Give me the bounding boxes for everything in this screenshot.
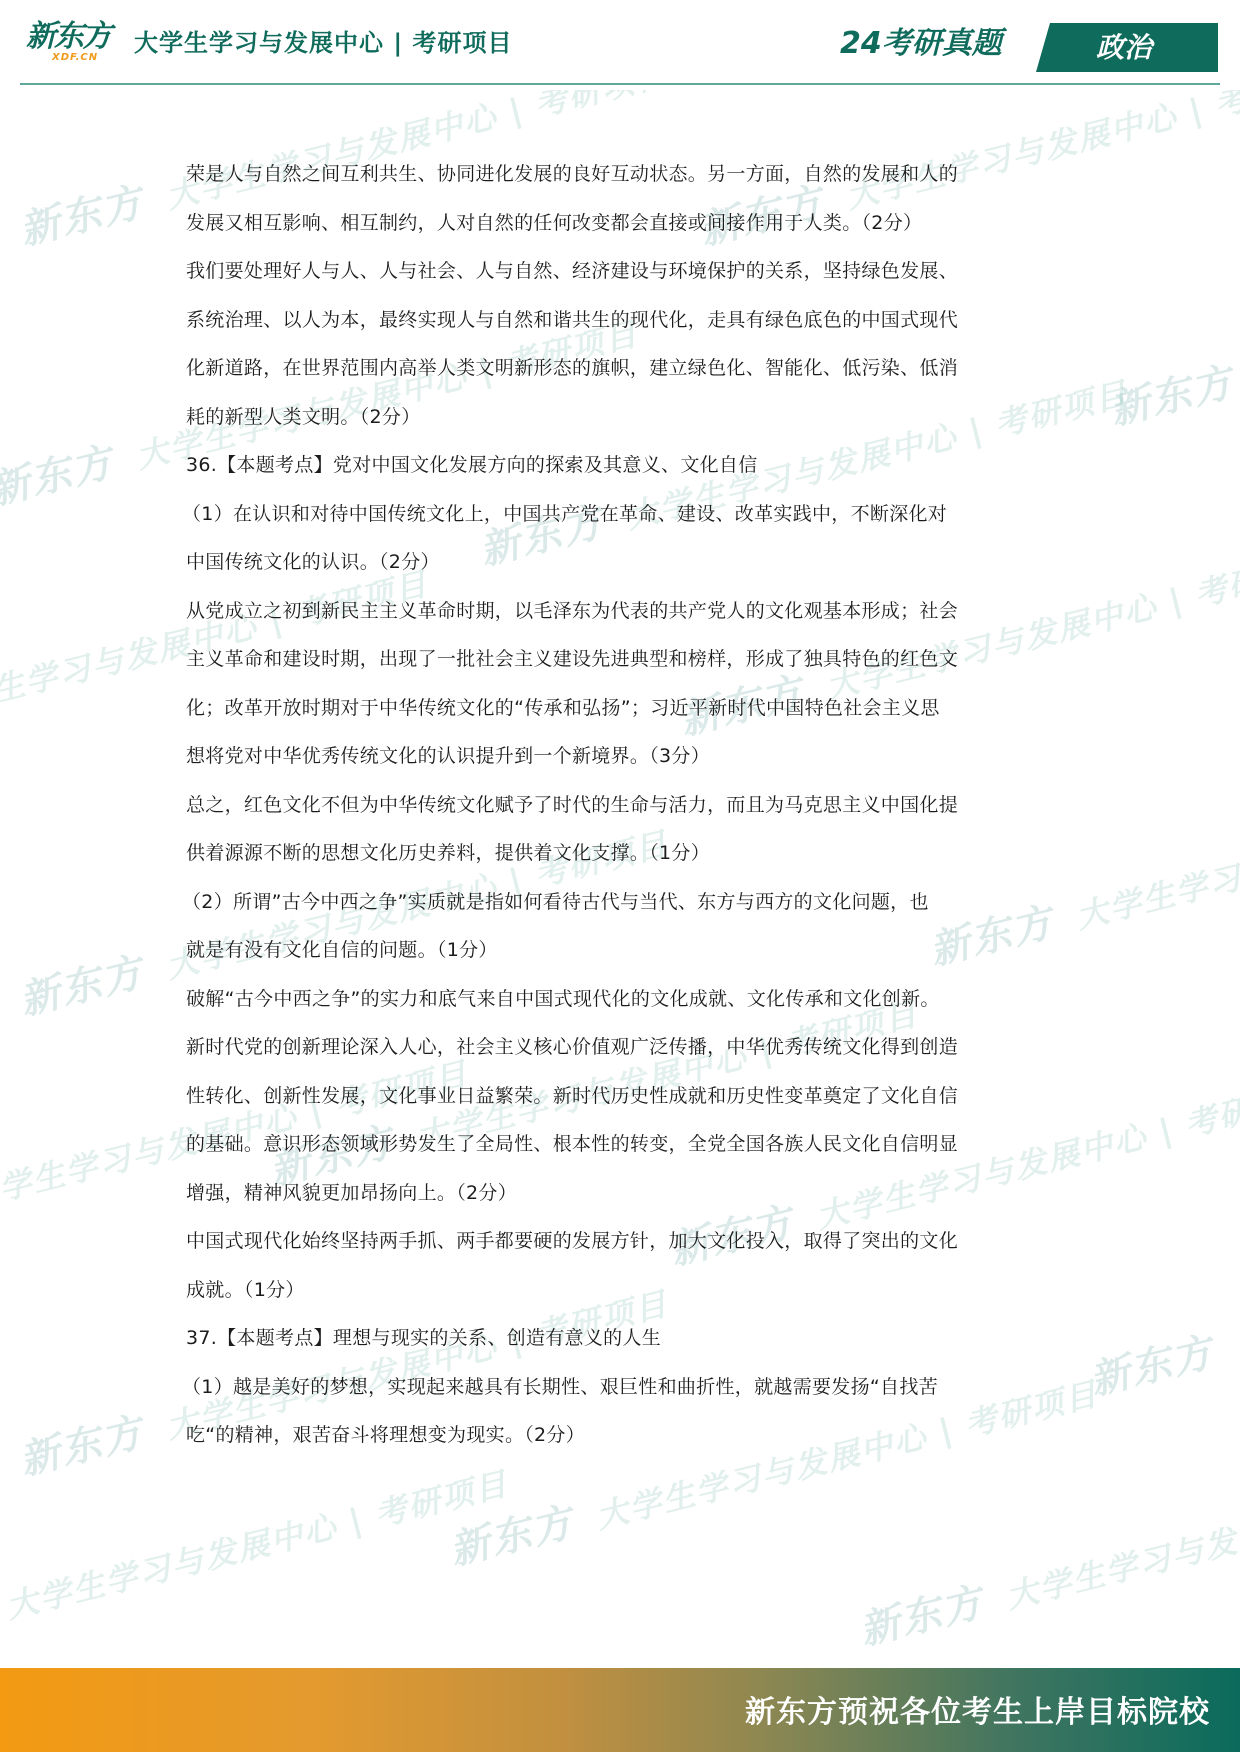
- text-line: 破解“古今中西之争”的实力和底气来自中国式现代化的文化成就、文化传承和文化创新。: [186, 975, 1056, 1024]
- text-line: （1）越是美好的梦想，实现起来越具有长期性、艰巨性和曲折性，就越需要发扬“自找苦: [182, 1363, 1056, 1412]
- text-line: 中国式现代化始终坚持两手抓、两手都要硬的发展方针，加大文化投入，取得了突出的文化: [186, 1217, 1056, 1266]
- page-header: 新东方 XDF.CN 大学生学习与发展中心 | 考研项目 24考研真题 政治: [0, 0, 1240, 82]
- text-line: 我们要处理好人与人、人与社会、人与自然、经济建设与环境保护的关系，坚持绿色发展、: [186, 247, 1056, 296]
- watermark: 新东方大学生学习与发展中心 | 考研项目: [853, 1440, 1240, 1656]
- text-line: 增强，精神风貌更加昂扬向上。（2分）: [186, 1169, 1056, 1218]
- org-title: 大学生学习与发展中心 | 考研项目: [134, 27, 512, 59]
- text-line: （2）所谓”古今中西之争”实质就是指如何看待古代与当代、东方与西方的文化问题，也: [182, 878, 1056, 927]
- text-line: 的基础。意识形态领域形势发生了全局性、根本性的转变，全党全国各族人民文化自信明显: [186, 1120, 1056, 1169]
- text-line: 想将党对中华优秀传统文化的认识提升到一个新境界。（3分）: [186, 732, 1056, 781]
- header-divider: [20, 83, 1220, 85]
- question-heading-36: 36.【本题考点】党对中国文化发展方向的探索及其意义、文化自信: [186, 441, 1056, 490]
- text-line: 中国传统文化的认识。（2分）: [186, 538, 1056, 587]
- logo-subtext: XDF.CN: [52, 52, 98, 64]
- question-heading-37: 37.【本题考点】理想与现实的关系、创造有意义的人生: [186, 1314, 1056, 1363]
- text-line: 发展又相互影响、相互制约，人对自然的任何改变都会直接或间接作用于人类。（2分）: [186, 199, 1056, 248]
- text-line: 系统治理、以人为本，最终实现人与自然和谐共生的现代化，走具有绿色底色的中国式现代: [186, 296, 1056, 345]
- text-line: 耗的新型人类文明。（2分）: [186, 393, 1056, 442]
- text-line: 性转化、创新性发展，文化事业日益繁荣。新时代历史性成就和历史性变革奠定了文化自信: [186, 1072, 1056, 1121]
- logo-text: 新东方: [26, 20, 110, 54]
- text-line: 化；改革开放时期对于中华传统文化的“传承和弘扬”；习近平新时代中国特色社会主义思: [186, 684, 1056, 733]
- text-line: 成就。（1分）: [186, 1266, 1056, 1315]
- text-line: 从党成立之初到新民主主义革命时期，以毛泽东为代表的共产党人的文化观基本形成；社会: [186, 587, 1056, 636]
- text-line: 主义革命和建设时期，出现了一批社会主义建设先进典型和榜样，形成了独具特色的红色文: [186, 635, 1056, 684]
- exam-title: 24考研真题: [840, 25, 1002, 63]
- text-line: 总之，红色文化不但为中华传统文化赋予了时代的生命与活力，而且为马克思主义中国化提: [186, 781, 1056, 830]
- text-line: 就是有没有文化自信的问题。（1分）: [186, 926, 1056, 975]
- text-line: 新时代党的创新理论深入人心，社会主义核心价值观广泛传播，中华优秀传统文化得到创造: [186, 1023, 1056, 1072]
- page-footer: 新东方预祝各位考生上岸目标院校: [0, 1668, 1240, 1752]
- answer-content: 荣是人与自然之间互利共生、协同进化发展的良好互动状态。另一方面，自然的发展和人的…: [186, 150, 1056, 1460]
- text-line: 供着源源不断的思想文化历史养料，提供着文化支撑。（1分）: [186, 829, 1056, 878]
- subject-label: 政治: [1096, 30, 1152, 66]
- text-line: 化新道路，在世界范围内高举人类文明新形态的旗帜，建立绿色化、智能化、低污染、低消: [186, 344, 1056, 393]
- watermark: 新东方: [1103, 345, 1240, 437]
- xdf-logo: 新东方 XDF.CN: [26, 20, 126, 64]
- watermark: 新东方大学生学习与发展中心 | 考研项目: [1083, 1190, 1240, 1406]
- watermark: 新东方大学生学习与发展中心 | 考研项目: [0, 1450, 513, 1660]
- text-line: 荣是人与自然之间互利共生、协同进化发展的良好互动状态。另一方面，自然的发展和人的: [186, 150, 1056, 199]
- text-line: 吃“的精神，艰苦奋斗将理想变为现实。（2分）: [186, 1411, 1056, 1460]
- text-line: （1）在认识和对待中国传统文化上，中国共产党在革命、建设、改革实践中，不断深化对: [182, 490, 1056, 539]
- subject-badge: 政治: [1036, 23, 1218, 72]
- footer-slogan: 新东方预祝各位考生上岸目标院校: [745, 1694, 1210, 1732]
